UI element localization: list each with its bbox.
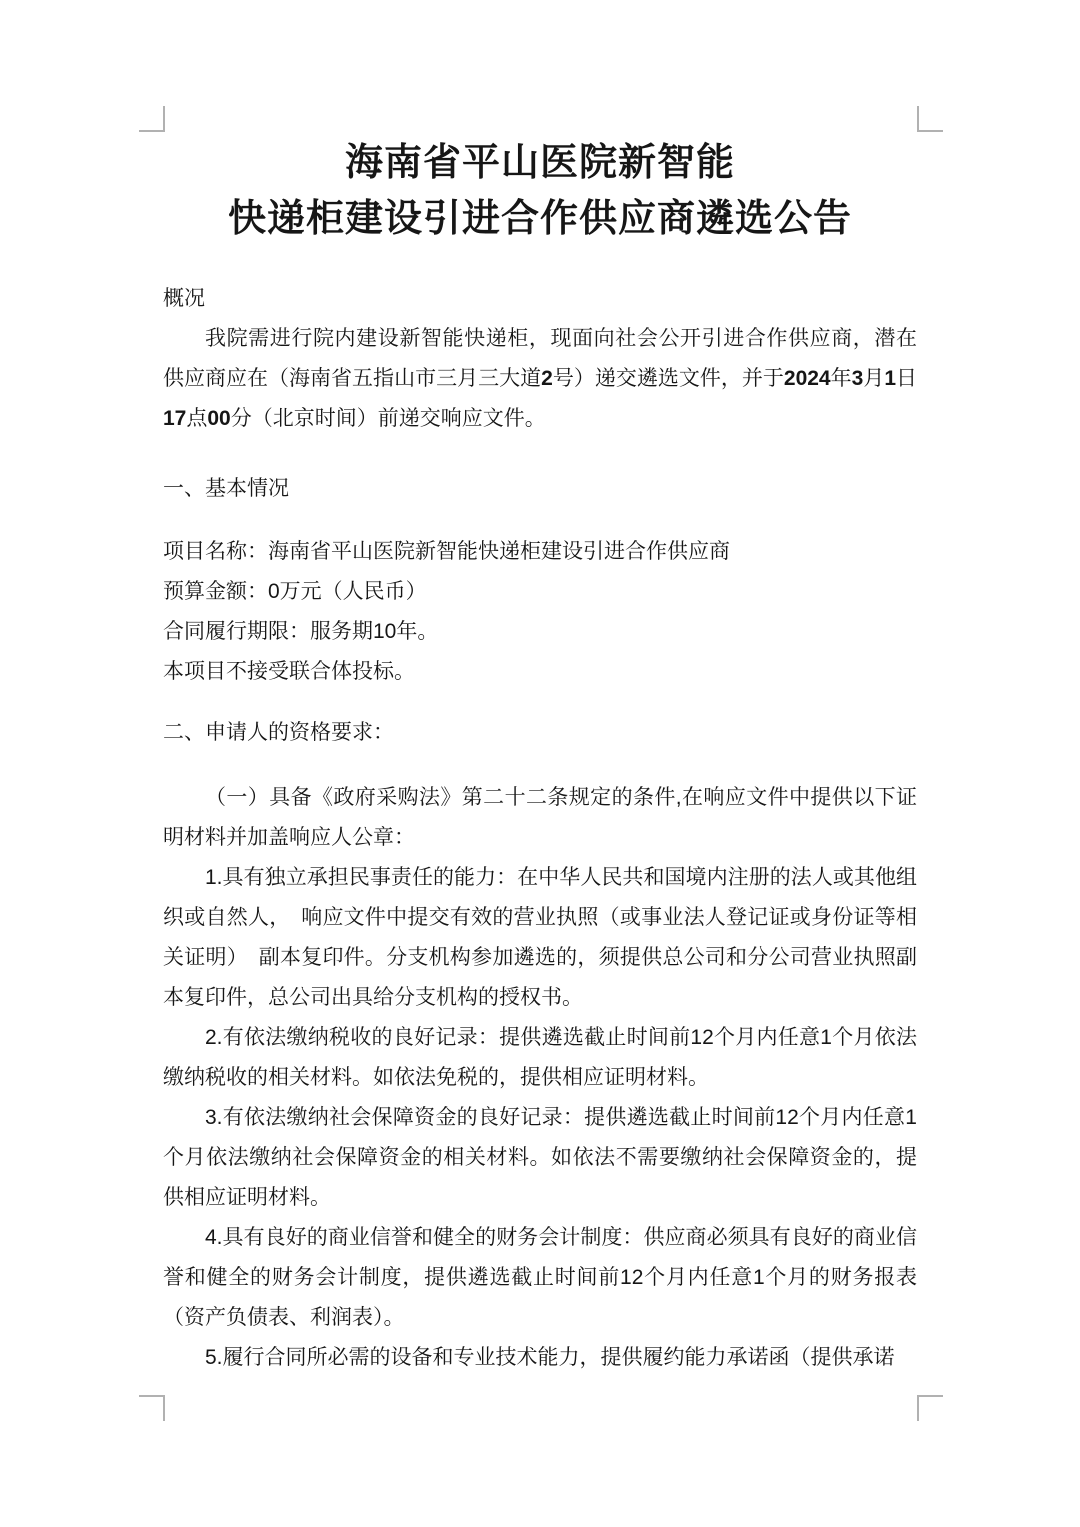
overview-text-segment: 分（北京时间）前递交响应文件。 xyxy=(231,407,546,430)
overview-bold-year: 2024 xyxy=(784,367,831,390)
overview-text-segment: 年 xyxy=(831,367,852,390)
section2-subclause: （一）具备《政府采购法》第二十二条规定的条件,在响应文件中提供以下证明材料并加盖… xyxy=(163,778,917,858)
section1-heading: 一、基本情况 xyxy=(163,469,917,509)
info-line-project-name: 项目名称：海南省平山医院新智能快递柜建设引进合作供应商 xyxy=(163,532,917,572)
crop-mark-top-right xyxy=(917,106,943,132)
requirement-item-3: 3.有依法缴纳社会保障资金的良好记录：提供遴选截止时间前12个月内任意1个月依法… xyxy=(163,1098,917,1218)
info-line-contract-period: 合同履行期限：服务期10年。 xyxy=(163,612,917,652)
requirement-items: 1.具有独立承担民事责任的能力：在中华人民共和国境内注册的法人或其他组织或自然人… xyxy=(163,858,917,1378)
title-line-1: 海南省平山医院新智能 xyxy=(163,135,917,191)
overview-text-segment: 号）递交遴选文件，并于 xyxy=(553,367,784,390)
info-line-no-consortium: 本项目不接受联合体投标。 xyxy=(163,652,917,692)
requirement-item-2: 2.有依法缴纳税收的良好记录：提供遴选截止时间前12个月内任意1个月依法缴纳税收… xyxy=(163,1018,917,1098)
section1-info: 项目名称：海南省平山医院新智能快递柜建设引进合作供应商 预算金额：0万元（人民币… xyxy=(163,532,917,692)
title-line-2: 快递柜建设引进合作供应商遴选公告 xyxy=(163,191,917,247)
overview-bold-minute: 00 xyxy=(207,407,230,430)
document-content: 海南省平山医院新智能快递柜建设引进合作供应商遴选公告 概况 我院需进行院内建设新… xyxy=(163,135,917,1378)
requirement-item-4: 4.具有良好的商业信誉和健全的财务会计制度：供应商必须具有良好的商业信誉和健全的… xyxy=(163,1218,917,1338)
overview-bold-day: 1 xyxy=(884,367,896,390)
document-page: 海南省平山医院新智能快递柜建设引进合作供应商遴选公告 概况 我院需进行院内建设新… xyxy=(0,0,1080,1527)
overview-bold-hour: 17 xyxy=(163,407,186,430)
overview-paragraph: 我院需进行院内建设新智能快递柜，现面向社会公开引进合作供应商，潜在供应商应在（海… xyxy=(163,319,917,439)
overview-text-segment: 日 xyxy=(896,367,917,390)
crop-mark-top-left xyxy=(139,106,165,132)
overview-bold-month: 3 xyxy=(852,367,864,390)
overview-bold-street-number: 2 xyxy=(541,367,553,390)
requirement-item-5: 5.履行合同所必需的设备和专业技术能力，提供履约能力承诺函（提供承诺 xyxy=(163,1338,917,1378)
requirement-item-1: 1.具有独立承担民事责任的能力：在中华人民共和国境内注册的法人或其他组织或自然人… xyxy=(163,858,917,1018)
crop-mark-bottom-right xyxy=(917,1395,943,1421)
info-line-budget: 预算金额：0万元（人民币） xyxy=(163,572,917,612)
overview-heading: 概况 xyxy=(163,279,917,319)
section2-heading: 二、申请人的资格要求： xyxy=(163,713,917,753)
overview-text-segment: 点 xyxy=(186,407,207,430)
overview-text-segment: 月 xyxy=(863,367,884,390)
crop-mark-bottom-left xyxy=(139,1395,165,1421)
document-title: 海南省平山医院新智能快递柜建设引进合作供应商遴选公告 xyxy=(163,135,917,247)
